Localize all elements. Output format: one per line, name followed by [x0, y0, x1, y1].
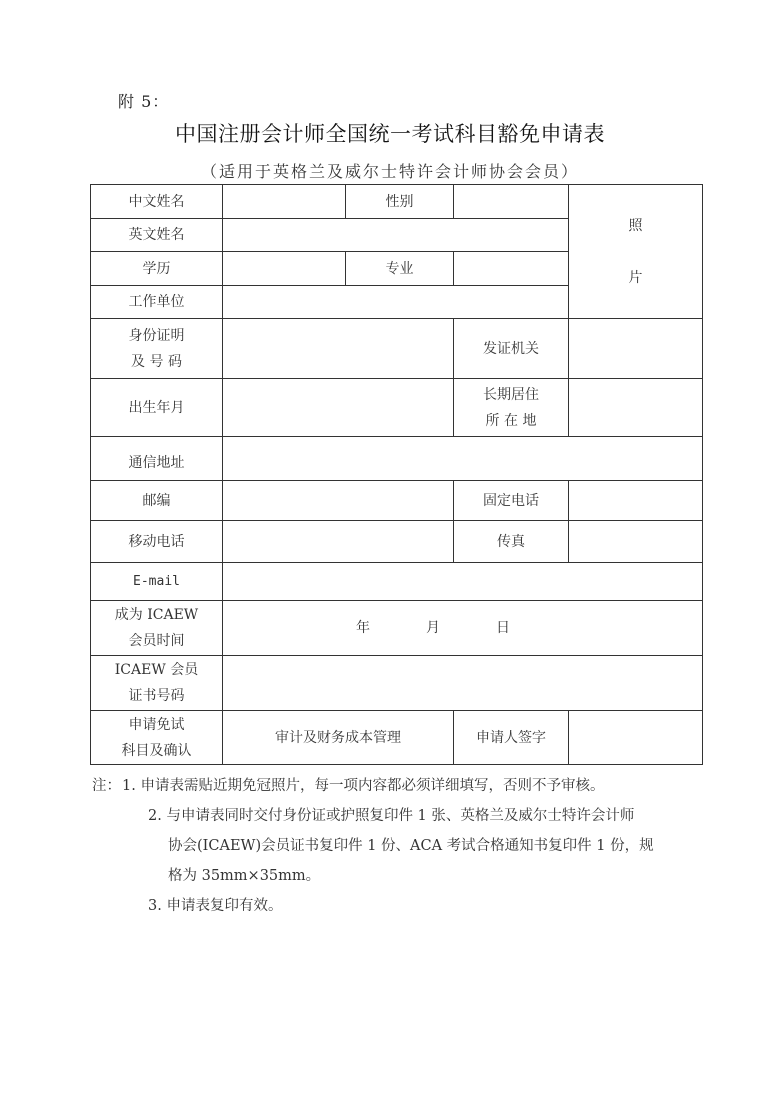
label-landline: 固定电话 — [453, 480, 569, 521]
gender-field[interactable] — [453, 184, 569, 219]
mobile-field[interactable] — [222, 520, 454, 563]
education-field[interactable] — [222, 251, 346, 286]
application-form: 中文姓名 性别 照 片 英文姓名 学历 专业 工作单位 身份证明 及 号 码 发… — [90, 184, 703, 765]
label-mobile: 移动电话 — [90, 520, 223, 563]
issuing-authority-field[interactable] — [568, 318, 703, 379]
label-email: E-mail — [90, 562, 223, 601]
label-education: 学历 — [90, 251, 223, 286]
appendix-label: 附 5： — [118, 89, 169, 112]
mailing-address-field[interactable] — [222, 436, 703, 481]
label-birth-date: 出生年月 — [90, 378, 223, 437]
applicant-signature-field[interactable] — [568, 710, 703, 765]
label-icaew-member-since: 成为 ICAEW 会员时间 — [90, 600, 223, 656]
chinese-name-field[interactable] — [222, 184, 346, 219]
label-employer: 工作单位 — [90, 285, 223, 319]
photo-box[interactable]: 照 片 — [568, 184, 703, 319]
icaew-member-since-field[interactable]: 年 月 日 — [222, 600, 703, 656]
label-applicant-signature: 申请人签字 — [453, 710, 569, 765]
note-3: 3. 申请表复印有效。 — [148, 892, 282, 920]
residence-field[interactable] — [568, 378, 703, 437]
landline-field[interactable] — [568, 480, 703, 521]
postcode-field[interactable] — [222, 480, 454, 521]
employer-field[interactable] — [222, 285, 569, 319]
form-subtitle: （适用于英格兰及威尔士特许会计师协会会员） — [0, 159, 780, 182]
email-field[interactable] — [222, 562, 703, 601]
label-postcode: 邮编 — [90, 480, 223, 521]
label-residence: 长期居住 所 在 地 — [453, 378, 569, 437]
note-2-line-1: 2. 与申请表同时交付身份证或护照复印件 1 张、英格兰及威尔士特许会计师 — [148, 802, 634, 830]
label-mailing-address: 通信地址 — [90, 436, 223, 481]
note-2-line-2: 协会(ICAEW)会员证书复印件 1 份、ACA 考试合格通知书复印件 1 份，… — [168, 832, 654, 860]
major-field[interactable] — [453, 251, 569, 286]
icaew-cert-no-field[interactable] — [222, 655, 703, 711]
label-icaew-cert-no: ICAEW 会员 证书号码 — [90, 655, 223, 711]
label-english-name: 英文姓名 — [90, 218, 223, 252]
label-gender: 性别 — [345, 184, 454, 219]
notes-prefix: 注： — [92, 772, 121, 800]
exempt-subject-value: 审计及财务成本管理 — [222, 710, 454, 765]
note-2-line-3: 格为 35mm×35mm。 — [168, 862, 320, 890]
label-chinese-name: 中文姓名 — [90, 184, 223, 219]
note-1: 1. 申请表需贴近期免冠照片，每一项内容都必须详细填写，否则不予审核。 — [122, 772, 604, 800]
label-exempt-subject: 申请免试 科目及确认 — [90, 710, 223, 765]
label-issuing-authority: 发证机关 — [453, 318, 569, 379]
fax-field[interactable] — [568, 520, 703, 563]
label-fax: 传真 — [453, 520, 569, 563]
label-major: 专业 — [345, 251, 454, 286]
form-title: 中国注册会计师全国统一考试科目豁免申请表 — [0, 118, 780, 148]
label-id-number: 身份证明 及 号 码 — [90, 318, 223, 379]
birth-date-field[interactable] — [222, 378, 454, 437]
id-number-field[interactable] — [222, 318, 454, 379]
photo-label: 照 片 — [629, 213, 643, 291]
english-name-field[interactable] — [222, 218, 569, 252]
